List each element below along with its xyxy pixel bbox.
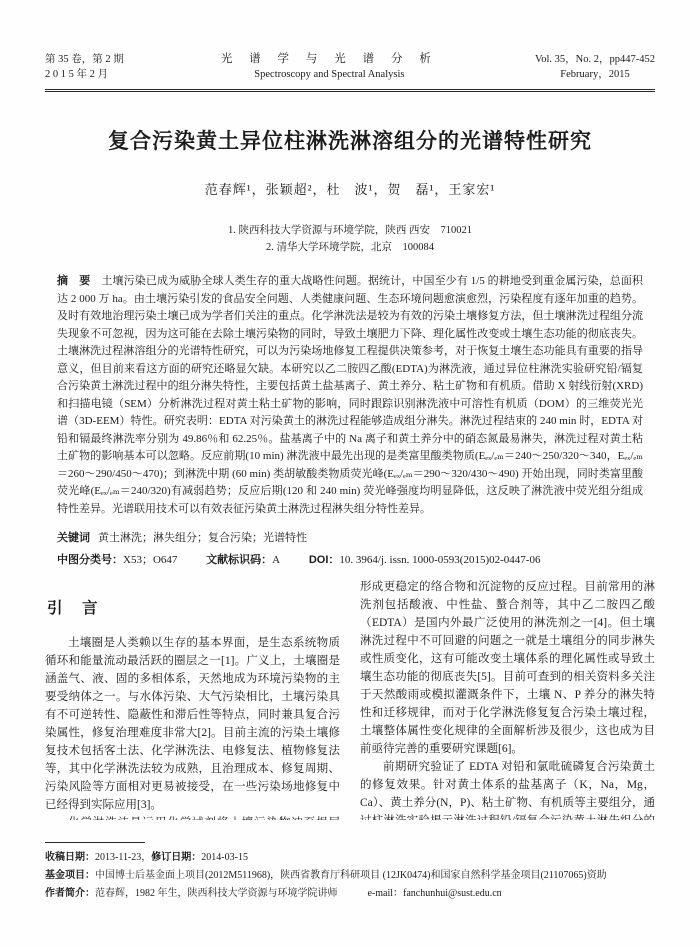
paper-page: 第 35 卷，第 2 期 2 0 1 5 年 2 月 光 谱 学 与 光 谱 分…: [0, 0, 700, 946]
footnote-rule: [45, 842, 145, 843]
keywords-text: 黄土淋洗；淋失组分；复合污染；光谱特性: [98, 532, 307, 544]
fund-line: 基金项目：中国博士后基金面上项目(2012M511968)，陕西省教育厅科研项目…: [45, 867, 660, 885]
intro-heading: 引 言: [45, 578, 340, 634]
body-columns: 引 言 土壤圈是人类赖以生存的基本界面，是生态系统物质循环和能量流动最活跃的圈层…: [45, 578, 655, 820]
bio-label: 作者简介：: [45, 888, 95, 899]
footnote: 收稿日期：2013-11-23，修订日期：2014-03-15 基金项目：中国博…: [45, 842, 660, 903]
meta-line: 中图分类号：X53；O647 文献标识码：A DOI：10. 3964/j. i…: [57, 552, 643, 569]
affiliation-line-1: 1. 陕西科技大学资源与环境学院，陕西 西安 710021: [45, 222, 655, 239]
abstract-label: 摘 要: [57, 275, 90, 287]
header-double-rule: [45, 89, 655, 92]
keywords-label: 关键词: [57, 532, 90, 544]
doc-code-segment: 文献标识码：A: [206, 554, 280, 566]
header-volume-en-block: Vol. 35，No. 2，pp447-452 February，2015: [535, 52, 655, 82]
date-en: February，2015: [535, 67, 655, 82]
page-content: 第 35 卷，第 2 期 2 0 1 5 年 2 月 光 谱 学 与 光 谱 分…: [0, 0, 700, 820]
author-list: 范春辉¹，张颖超²，杜 波¹，贺 磊¹，王家宏¹: [45, 179, 655, 198]
right-paragraph-2: 前期研究验证了 EDTA 对铅和氯吡硫磷复合污染黄土的修复效果。针对黄土体系的盐…: [360, 758, 655, 820]
journal-name-en: Spectroscopy and Spectral Analysis: [124, 67, 535, 82]
left-paragraph-2: 化学淋洗法是运用化学试剂将土壤污染物冲至根层外，: [45, 814, 340, 820]
volume-en: Vol. 35，No. 2，pp447-452: [535, 52, 655, 67]
date-cn: 2 0 1 5 年 2 月: [45, 67, 124, 82]
header-volume-issue-block: 第 35 卷，第 2 期 2 0 1 5 年 2 月: [45, 52, 124, 82]
revised-label: 修订日期：: [151, 852, 201, 863]
journal-name-block: 光 谱 学 与 光 谱 分 析 Spectroscopy and Spectra…: [124, 52, 535, 82]
journal-name-cn: 光 谱 学 与 光 谱 分 析: [124, 52, 535, 67]
fund-value: 中国博士后基金面上项目(2012M511968)，陕西省教育厅科研项目 (12J…: [95, 870, 607, 881]
keywords-line: 关键词黄土淋洗；淋失组分；复合污染；光谱特性: [57, 530, 643, 547]
abstract-text: 土壤污染已成为威胁全球人类生存的重大战略性问题。据统计，中国至少有 1/5 的耕…: [57, 275, 643, 515]
affiliation-line-2: 2. 清华大学环境学院，北京 100084: [45, 239, 655, 256]
article-title: 复合污染黄土异位柱淋洗淋溶组分的光谱特性研究: [45, 125, 655, 155]
bio-line: 作者简介：范春辉，1982 年生，陕西科技大学资源与环境学院讲师e-mail：f…: [45, 885, 660, 903]
clc-label: 中图分类号：: [57, 554, 123, 566]
fund-label: 基金项目：: [45, 870, 95, 881]
bio-value: 范春辉，1982 年生，陕西科技大学资源与环境学院讲师: [95, 888, 338, 899]
affiliations: 1. 陕西科技大学资源与环境学院，陕西 西安 710021 2. 清华大学环境学…: [45, 222, 655, 256]
clc-segment: 中图分类号：X53；O647: [57, 554, 177, 566]
left-column: 引 言 土壤圈是人类赖以生存的基本界面，是生态系统物质循环和能量流动最活跃的圈层…: [45, 578, 340, 820]
doi-label: DOI：: [309, 554, 340, 566]
right-column: 形成更稳定的络合物和沉淀物的反应过程。目前常用的淋洗剂包括酸液、中性盐、螯合剂等…: [360, 578, 655, 820]
received-value: 2013-11-23，: [95, 852, 151, 863]
journal-header: 第 35 卷，第 2 期 2 0 1 5 年 2 月 光 谱 学 与 光 谱 分…: [45, 52, 655, 82]
clc-value: X53；O647: [123, 554, 177, 566]
left-paragraph-1: 土壤圈是人类赖以生存的基本界面，是生态系统物质循环和能量流动最活跃的圈层之一[1…: [45, 634, 340, 814]
abstract-paragraph: 摘 要 土壤污染已成为威胁全球人类生存的重大战略性问题。据统计，中国至少有 1/…: [57, 273, 643, 518]
right-paragraph-1: 形成更稳定的络合物和沉淀物的反应过程。目前常用的淋洗剂包括酸液、中性盐、螯合剂等…: [360, 578, 655, 758]
author-email: e-mail：fanchunhui@sust.edu.cn: [368, 888, 502, 899]
received-line: 收稿日期：2013-11-23，修订日期：2014-03-15: [45, 849, 660, 867]
received-label: 收稿日期：: [45, 852, 95, 863]
doc-code-label: 文献标识码：: [206, 554, 272, 566]
doi-value: 10. 3964/j. issn. 1000-0593(2015)02-0447…: [339, 554, 540, 566]
revised-value: 2014-03-15: [201, 852, 248, 863]
doi-segment: DOI：10. 3964/j. issn. 1000-0593(2015)02-…: [309, 554, 541, 566]
doc-code-value: A: [272, 554, 280, 566]
volume-issue-cn: 第 35 卷，第 2 期: [45, 52, 124, 67]
